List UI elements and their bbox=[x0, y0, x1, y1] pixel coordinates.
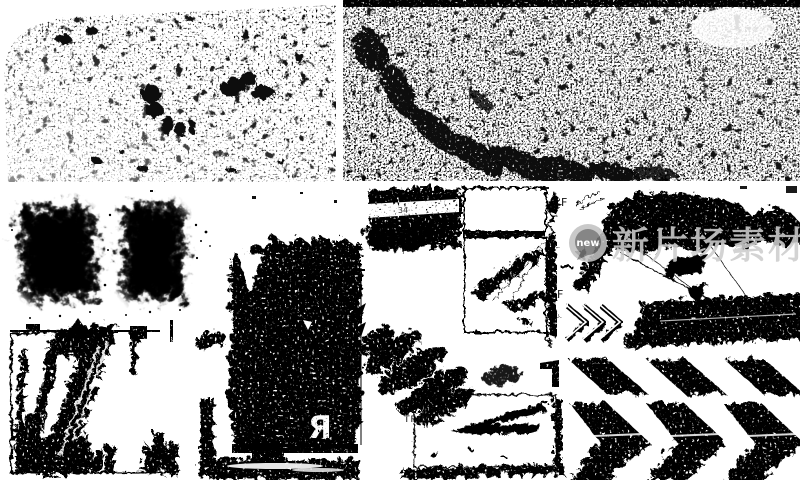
slash-arrow-mark bbox=[450, 403, 546, 433]
poster-letter: Я bbox=[308, 410, 332, 446]
margin-letter-top: F bbox=[561, 196, 567, 209]
grunge-texture-collage: Я 34 bbox=[0, 0, 800, 480]
dense-grunge-texture-panel bbox=[343, 0, 800, 189]
chevron-arrows-block bbox=[566, 290, 800, 479]
chevron-arrow bbox=[721, 401, 800, 479]
torn-poster: Я bbox=[210, 233, 366, 477]
trim-label: TRIM bbox=[403, 415, 430, 425]
small-outline-chevrons bbox=[566, 305, 620, 339]
bottom-frame-bar bbox=[398, 462, 562, 477]
collage-canvas: Я 34 bbox=[0, 0, 800, 480]
watermark-logo-text: new bbox=[576, 238, 599, 249]
corner-hook bbox=[540, 360, 559, 387]
frame-mark bbox=[479, 361, 522, 388]
watermark-site-text: 新片场素材 bbox=[612, 224, 800, 267]
film-frame-right-top bbox=[463, 187, 545, 231]
chevron-arrow bbox=[567, 401, 647, 479]
half-chevron bbox=[645, 357, 724, 393]
half-chevron bbox=[567, 357, 646, 393]
stray-specks-top bbox=[150, 190, 337, 203]
ink-stamp-right bbox=[118, 201, 187, 303]
light-patch bbox=[691, 8, 775, 48]
half-chevron-row bbox=[567, 357, 800, 393]
bottom-frame-right-edge bbox=[552, 396, 561, 466]
margin-letter-bottom: F bbox=[557, 288, 563, 301]
ink-stamp-left bbox=[15, 202, 100, 304]
poster-bottom-bars bbox=[210, 444, 358, 477]
full-chevron-row bbox=[567, 401, 800, 479]
rounded-speckle-texture-panel bbox=[0, 0, 340, 185]
chevron-arrow bbox=[644, 401, 724, 479]
frame-number: 34 bbox=[398, 206, 408, 215]
panel-top-bar bbox=[343, 0, 800, 7]
film-frame-collage: 34 TRIM bbox=[331, 186, 567, 477]
half-chevron bbox=[723, 357, 800, 393]
brush-stroke-frame-panel bbox=[8, 321, 226, 475]
